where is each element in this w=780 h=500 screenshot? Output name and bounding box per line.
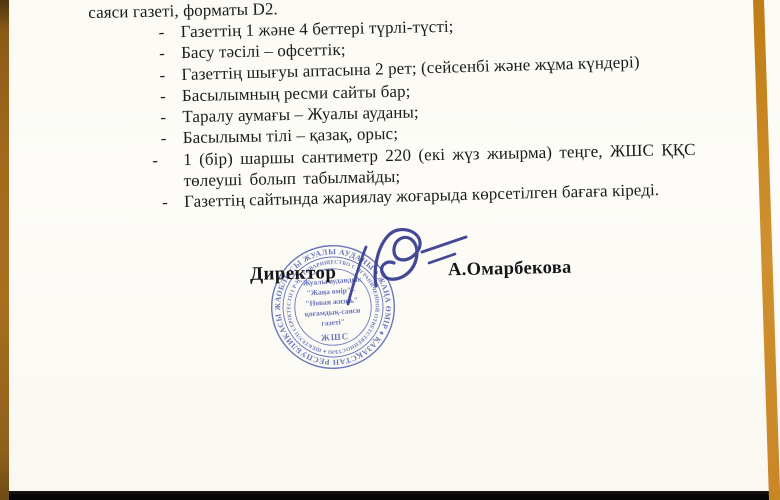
spec-list: - Газеттің 1 және 4 беттері түрлі-түсті;… xyxy=(0,9,780,216)
signature-slash-stroke xyxy=(348,247,366,304)
signature-dash-stroke xyxy=(429,254,455,263)
list-dash: - xyxy=(161,128,183,150)
list-dash: - xyxy=(159,42,181,64)
scanned-document-page: саяси газеті, форматы D2. - Газеттің 1 ж… xyxy=(0,0,780,500)
list-dash: - xyxy=(152,149,184,192)
scan-edge-bottom xyxy=(5,491,780,500)
handwritten-signature xyxy=(332,218,482,318)
list-dash: - xyxy=(160,85,182,107)
signature-dash-stroke xyxy=(422,237,466,252)
list-dash: - xyxy=(160,106,182,128)
signature-loop-stroke xyxy=(375,230,420,286)
list-dash: - xyxy=(162,191,185,213)
scan-edge-left xyxy=(0,0,9,500)
document-body-text: саяси газеті, форматы D2. - Газеттің 1 ж… xyxy=(0,0,780,216)
list-dash: - xyxy=(159,64,182,86)
signatory-title: Директор xyxy=(250,262,337,286)
list-dash: - xyxy=(158,21,180,43)
